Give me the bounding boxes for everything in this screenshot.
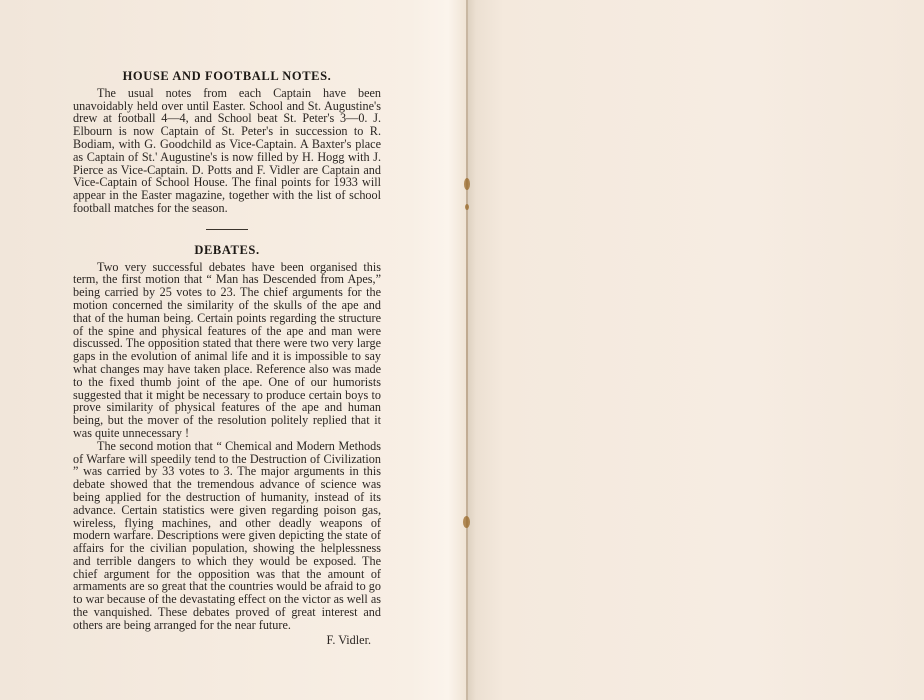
booklet-spread: HOUSE AND FOOTBALL NOTES. The usual note… bbox=[0, 0, 924, 700]
house-notes-heading: HOUSE AND FOOTBALL NOTES. bbox=[73, 70, 381, 83]
left-page: HOUSE AND FOOTBALL NOTES. The usual note… bbox=[0, 0, 467, 700]
debates-heading: DEBATES. bbox=[73, 244, 381, 257]
left-column: HOUSE AND FOOTBALL NOTES. The usual note… bbox=[73, 70, 381, 646]
section-divider bbox=[206, 229, 248, 230]
debates-paragraph: Two very successful debates have been or… bbox=[73, 261, 381, 440]
rust-stain bbox=[463, 516, 470, 528]
rust-stain bbox=[464, 178, 470, 190]
debates-paragraph: The second motion that “ Chemical and Mo… bbox=[73, 440, 381, 632]
right-page: Your Career Problem? THE MIND BEHIND THE… bbox=[467, 0, 924, 700]
rust-stain bbox=[465, 204, 469, 210]
author-signature: F. Vidler. bbox=[73, 634, 381, 647]
house-notes-paragraph: The usual notes from each Captain have b… bbox=[73, 87, 381, 215]
book-gutter bbox=[466, 0, 468, 700]
